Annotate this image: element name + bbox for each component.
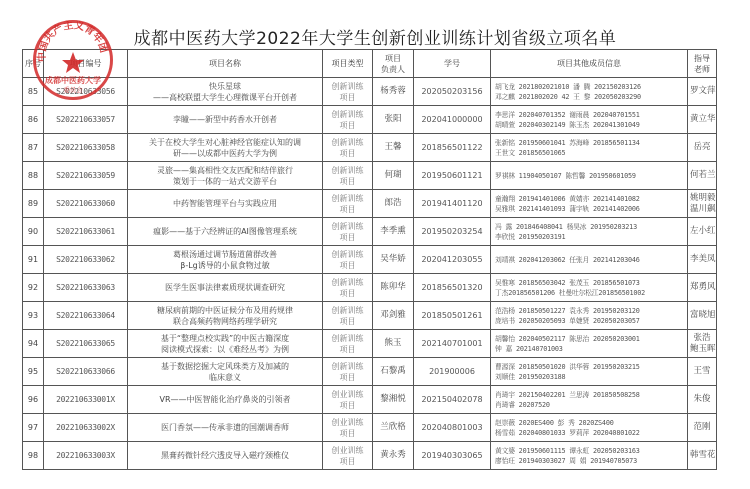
project-name-line: 临床意义 xyxy=(130,372,320,383)
cell-leader: 兰欣格 xyxy=(373,414,414,442)
project-name-line: 医学生医事法律素质现状调查研究 xyxy=(130,282,320,293)
student-id: 201950203254 xyxy=(421,227,482,236)
seq-value: 96 xyxy=(28,395,38,404)
advisor-name-line: 左小红 xyxy=(690,226,714,237)
seq-value: 94 xyxy=(28,339,38,348)
cell-student-id: 202050203156 xyxy=(414,78,491,106)
seq-value: 93 xyxy=(28,311,38,320)
table-row: 90S202210633061瘟影——基于六经辨证的AI图像管理系统创新训练项目… xyxy=(23,218,717,246)
cell-advisor: 姚明毅温川飙 xyxy=(688,190,717,218)
project-code: S202210633059 xyxy=(56,171,115,180)
project-name-line: VR——中医智能化治疗鼻炎的引领者 xyxy=(130,394,320,405)
leader-name: 邓剑雅 xyxy=(380,310,406,320)
cell-seq: 88 xyxy=(23,162,44,190)
cell-code: 202210633003X xyxy=(44,442,128,470)
project-type-line: 项目 xyxy=(325,148,370,159)
cell-student-id: 202040801003 xyxy=(414,414,491,442)
leader-name: 陈卯华 xyxy=(380,282,406,292)
project-type-line: 项目 xyxy=(325,316,370,327)
project-type-line: 项目 xyxy=(325,176,370,187)
member-info-line: 廖怡玨 201940303027 周 娟 201940705073 xyxy=(495,456,685,466)
cell-members: 冯 露 201846408041 杨昊冰 201950203213李欣悦 201… xyxy=(491,218,688,246)
cell-seq: 89 xyxy=(23,190,44,218)
student-id: 201900006 xyxy=(429,367,475,376)
cell-members: 黄文婆 201950601115 谭永虹 202050203163廖怡玨 201… xyxy=(491,442,688,470)
cell-name: VR——中医智能化治疗鼻炎的引领者 xyxy=(128,386,323,414)
cell-code: S202210633063 xyxy=(44,274,128,302)
cell-seq: 92 xyxy=(23,274,44,302)
project-name-line: 葛根汤通过调节肠道菌群改善 xyxy=(130,249,320,260)
header-leader-line2: 负责人 xyxy=(375,64,411,75)
cell-seq: 86 xyxy=(23,106,44,134)
table-row: 91S202210633062葛根汤通过调节肠道菌群改善β-Lg诱导的小鼠食物过… xyxy=(23,246,717,274)
cell-advisor: 张浩鲍玉晖 xyxy=(688,330,717,358)
cell-student-id: 201900006 xyxy=(414,358,491,386)
cell-leader: 张阳 xyxy=(373,106,414,134)
project-type-line: 项目 xyxy=(325,344,370,355)
table-row: 96202210633001XVR——中医智能化治疗鼻炎的引领者创业训练项目黎湘… xyxy=(23,386,717,414)
cell-student-id: 202150402078 xyxy=(414,386,491,414)
cell-type: 创新训练项目 xyxy=(323,330,373,358)
member-info-line: 刘靖祺 202041203062 任张月 202141203046 xyxy=(495,255,685,265)
cell-type: 创新训练项目 xyxy=(323,246,373,274)
cell-student-id: 201950601121 xyxy=(414,162,491,190)
member-info-line: 罗祺林 11904050107 陈哲馨 201950601059 xyxy=(495,171,685,181)
leader-name: 黄永秀 xyxy=(380,450,406,460)
cell-name: 灵旅——集高相性交友匹配和结伴旅行策划于一体的一站式交游平台 xyxy=(128,162,323,190)
cell-leader: 邓剑雅 xyxy=(373,302,414,330)
member-info-line: 胡馨怡 202040502117 陈思治 202050203001 xyxy=(495,334,685,344)
seq-value: 90 xyxy=(28,227,38,236)
seq-value: 86 xyxy=(28,115,38,124)
cell-name: 孪瞳——新型中药香水开创者 xyxy=(128,106,323,134)
member-info-line: 吴雅琪 202141401093 蒲宇轨 202141402006 xyxy=(495,204,685,214)
header-advisor-line1: 指导 xyxy=(690,53,714,64)
header-advisor-line2: 老师 xyxy=(690,64,714,75)
leader-name: 郎浩 xyxy=(384,198,401,208)
cell-seq: 85 xyxy=(23,78,44,106)
project-code: S202210633057 xyxy=(56,115,115,124)
cell-members: 吴惟寒 201856503042 张茂玉 201856501073丁杰20185… xyxy=(491,274,688,302)
project-name-line: 关于在校大学生对心脏神经官能症认知的调 xyxy=(130,137,320,148)
cell-leader: 李季熏 xyxy=(373,218,414,246)
cell-code: S202210633057 xyxy=(44,106,128,134)
cell-name: 基于数据挖掘大定风珠类方及加减的临床意义 xyxy=(128,358,323,386)
table-row: 95S202210633066基于数据挖掘大定风珠类方及加减的临床意义创新训练项… xyxy=(23,358,717,386)
cell-code: S202210633065 xyxy=(44,330,128,358)
cell-type: 创新训练项目 xyxy=(323,302,373,330)
member-info-line: 李思洋 202040701352 谢雨晨 202040701551 xyxy=(495,110,685,120)
cell-student-id: 201850501261 xyxy=(414,302,491,330)
cell-code: 202210633001X xyxy=(44,386,128,414)
cell-name: 黑膏药微针经穴透皮导入磁疗颈椎仪 xyxy=(128,442,323,470)
header-leader: 项目 负责人 xyxy=(373,50,414,78)
advisor-name-line: 张浩 xyxy=(690,333,714,344)
project-type-line: 项目 xyxy=(325,372,370,383)
table-row: 86S202210633057孪瞳——新型中药香水开创者创新训练项目张阳2020… xyxy=(23,106,717,134)
member-info-line: 杨雪茹 202040801033 罗莉萍 202040801022 xyxy=(495,428,685,438)
project-code: 202210633003X xyxy=(56,451,115,460)
student-id: 202040801003 xyxy=(421,423,482,432)
member-info-line: 曹源深 201850501020 洪华蓉 201950203215 xyxy=(495,362,685,372)
cell-seq: 98 xyxy=(23,442,44,470)
project-code: S202210633058 xyxy=(56,143,115,152)
cell-members: 张新铭 201950601041 苏海峰 201856501134王世文 201… xyxy=(491,134,688,162)
member-info-line: 胡晴萱 202040302149 陈玉杰 202041301049 xyxy=(495,120,685,130)
advisor-name-line: 罗文萍 xyxy=(690,86,714,97)
student-id: 201950601121 xyxy=(421,171,482,180)
student-id: 201856501320 xyxy=(421,283,482,292)
cell-code: S202210633058 xyxy=(44,134,128,162)
project-code: S202210633061 xyxy=(56,227,115,236)
cell-seq: 90 xyxy=(23,218,44,246)
project-type-line: 项目 xyxy=(325,400,370,411)
project-name-line: 联合高频药物网络药理学研究 xyxy=(130,316,320,327)
leader-name: 兰欣格 xyxy=(380,422,406,432)
member-info-line: 丁杰201856501206 杜曼吐尔松江201856501002 xyxy=(495,288,685,298)
cell-name: 快乐星球——高校联盟大学生心理微课平台开创者 xyxy=(128,78,323,106)
member-info-line: 庞培书 202050205093 单婕贤 202050203057 xyxy=(495,316,685,326)
project-type-line: 创新训练 xyxy=(325,305,370,316)
cell-advisor: 左小红 xyxy=(688,218,717,246)
seq-value: 98 xyxy=(28,451,38,460)
cell-type: 创新训练项目 xyxy=(323,134,373,162)
leader-name: 何瑚 xyxy=(384,170,401,180)
member-info-line: 邓之麒 2021802020 42 王 黎 202050203290 xyxy=(495,92,685,102)
advisor-name-line: 王雪 xyxy=(690,366,714,377)
project-type-line: 创新训练 xyxy=(325,249,370,260)
cell-leader: 黄永秀 xyxy=(373,442,414,470)
document-title: 成都中医药大学2022年大学生创新创业训练计划省级立项名单 xyxy=(0,24,750,49)
cell-leader: 黎湘悦 xyxy=(373,386,414,414)
project-type-line: 项目 xyxy=(325,288,370,299)
cell-type: 创新训练项目 xyxy=(323,190,373,218)
student-id: 201940303065 xyxy=(421,451,482,460)
project-type-line: 创新训练 xyxy=(325,277,370,288)
cell-type: 创新训练项目 xyxy=(323,106,373,134)
member-info-line: 赵崇薇 2020ES400 彭 秀 2020ZS400 xyxy=(495,418,685,428)
project-type-line: 创业训练 xyxy=(325,445,370,456)
cell-seq: 94 xyxy=(23,330,44,358)
seq-value: 91 xyxy=(28,255,38,264)
cell-seq: 91 xyxy=(23,246,44,274)
advisor-name-line: 朱俊 xyxy=(690,394,714,405)
project-type-line: 创业训练 xyxy=(325,417,370,428)
advisor-name-line: 温川飙 xyxy=(690,204,714,215)
cell-code: S202210633064 xyxy=(44,302,128,330)
cell-code: S202210633062 xyxy=(44,246,128,274)
cell-student-id: 202140701001 xyxy=(414,330,491,358)
project-type-line: 项目 xyxy=(325,456,370,467)
cell-type: 创新训练项目 xyxy=(323,358,373,386)
project-type-line: 创新训练 xyxy=(325,165,370,176)
advisor-name-line: 黄立华 xyxy=(690,114,714,125)
member-info-line: 童瀚翔 201941401006 黄婧亦 202141401082 xyxy=(495,194,685,204)
project-name-line: 瘟影——基于六经辨证的AI图像管理系统 xyxy=(130,226,320,237)
cell-name: 医学生医事法律素质现状调查研究 xyxy=(128,274,323,302)
leader-name: 石黎禹 xyxy=(380,366,406,376)
cell-student-id: 201940303065 xyxy=(414,442,491,470)
header-leader-line1: 项目 xyxy=(375,53,411,64)
project-type-line: 创新训练 xyxy=(325,333,370,344)
advisor-name-line: 范刚 xyxy=(690,422,714,433)
project-type-line: 创新训练 xyxy=(325,137,370,148)
student-id: 201941401120 xyxy=(421,199,482,208)
cell-advisor: 韩雪花 xyxy=(688,442,717,470)
project-type-line: 项目 xyxy=(325,260,370,271)
project-name-line: 糖尿病前期的中医证候分布及用药规律 xyxy=(130,305,320,316)
project-code: 202210633002X xyxy=(56,423,115,432)
member-info-line: 肖琦睿 20207520 xyxy=(495,400,685,410)
header-name: 项目名称 xyxy=(128,50,323,78)
cell-leader: 王馨 xyxy=(373,134,414,162)
leader-name: 王馨 xyxy=(384,142,401,152)
header-student-id: 学号 xyxy=(414,50,491,78)
cell-name: 中药智能管理平台与实践应用 xyxy=(128,190,323,218)
project-type-line: 项目 xyxy=(325,428,370,439)
project-name-line: 研——以成都中医药大学为例 xyxy=(130,148,320,159)
cell-seq: 87 xyxy=(23,134,44,162)
cell-advisor: 郑勇风 xyxy=(688,274,717,302)
leader-name: 张阳 xyxy=(384,114,401,124)
member-info-line: 肖琦宇 202150402201 兰思涛 201850508258 xyxy=(495,390,685,400)
project-code: S202210633060 xyxy=(56,199,115,208)
cell-leader: 杨秀蓉 xyxy=(373,78,414,106)
cell-members: 李思洋 202040701352 谢雨晨 202040701551胡晴萱 202… xyxy=(491,106,688,134)
project-type-line: 创新训练 xyxy=(325,193,370,204)
table-row: 93S202210633064糖尿病前期的中医证候分布及用药规律联合高频药物网络… xyxy=(23,302,717,330)
leader-name: 黎湘悦 xyxy=(380,394,406,404)
seq-value: 88 xyxy=(28,171,38,180)
leader-name: 杨秀蓉 xyxy=(380,86,406,96)
table-row: 97202210633002X医门香氛——传承非遗的国潮调香师创业训练项目兰欣格… xyxy=(23,414,717,442)
cell-members: 肖琦宇 202150402201 兰思涛 201850508258肖琦睿 202… xyxy=(491,386,688,414)
member-info-line: 黄文婆 201950601115 谭永虹 202050203163 xyxy=(495,446,685,456)
cell-type: 创业训练项目 xyxy=(323,386,373,414)
project-code: S202210633062 xyxy=(56,255,115,264)
advisor-name-line: 鲍玉晖 xyxy=(690,344,714,355)
table-row: 85S202210633056快乐星球——高校联盟大学生心理微课平台开创者创新训… xyxy=(23,78,717,106)
cell-name: 关于在校大学生对心脏神经官能症认知的调研——以成都中医药大学为例 xyxy=(128,134,323,162)
cell-name: 瘟影——基于六经辨证的AI图像管理系统 xyxy=(128,218,323,246)
member-info-line: 胡飞龙 2021802021010 潘 腾 202150203126 xyxy=(495,82,685,92)
project-name-line: 策划于一体的一站式交游平台 xyxy=(130,176,320,187)
header-code: 项目编号 xyxy=(44,50,128,78)
member-info-line: 钟 嘉 202140701003 xyxy=(495,344,685,354)
cell-type: 创新训练项目 xyxy=(323,218,373,246)
advisor-name-line: 富晓旭 xyxy=(690,310,714,321)
cell-type: 创业训练项目 xyxy=(323,442,373,470)
member-info-line: 王世文 201856501065 xyxy=(495,148,685,158)
project-name-line: β-Lg诱导的小鼠食物过敏 xyxy=(130,260,320,271)
project-type-line: 项目 xyxy=(325,232,370,243)
project-type-line: 项目 xyxy=(325,120,370,131)
project-code: S202210633065 xyxy=(56,339,115,348)
cell-advisor: 岳亮 xyxy=(688,134,717,162)
project-name-line: 医门香氛——传承非遗的国潮调香师 xyxy=(130,422,320,433)
cell-advisor: 何若兰 xyxy=(688,162,717,190)
table-row: 98202210633003X黑膏药微针经穴透皮导入磁疗颈椎仪创业训练项目黄永秀… xyxy=(23,442,717,470)
table-row: 87S202210633058关于在校大学生对心脏神经官能症认知的调研——以成都… xyxy=(23,134,717,162)
member-info-line: 李欣悦 201950203191 xyxy=(495,232,685,242)
header-type: 项目类型 xyxy=(323,50,373,78)
project-code: S202210633056 xyxy=(56,87,115,96)
cell-members: 曹源深 201850501020 洪华蓉 201950203215刘顺佳 201… xyxy=(491,358,688,386)
cell-code: S202210633061 xyxy=(44,218,128,246)
cell-leader: 石黎禹 xyxy=(373,358,414,386)
header-members: 项目其他成员信息 xyxy=(491,50,688,78)
cell-members: 童瀚翔 201941401006 黄婧亦 202141401082吴雅琪 202… xyxy=(491,190,688,218)
project-name-line: 黑膏药微针经穴透皮导入磁疗颈椎仪 xyxy=(130,450,320,461)
table-row: 94S202210633065基于“整理点校实践”的中医古籍深度阅读模式探索：以… xyxy=(23,330,717,358)
cell-code: S202210633059 xyxy=(44,162,128,190)
cell-name: 医门香氛——传承非遗的国潮调香师 xyxy=(128,414,323,442)
cell-members: 胡馨怡 202040502117 陈思治 202050203001钟 嘉 202… xyxy=(491,330,688,358)
seq-value: 89 xyxy=(28,199,38,208)
project-code: S202210633063 xyxy=(56,283,115,292)
cell-code: 202210633002X xyxy=(44,414,128,442)
header-seq: 序号 xyxy=(23,50,44,78)
project-type-line: 项目 xyxy=(325,204,370,215)
project-name-line: 中药智能管理平台与实践应用 xyxy=(130,198,320,209)
student-id: 202140701001 xyxy=(421,339,482,348)
cell-seq: 96 xyxy=(23,386,44,414)
table-row: 92S202210633063医学生医事法律素质现状调查研究创新训练项目陈卯华2… xyxy=(23,274,717,302)
leader-name: 熊玉 xyxy=(384,338,401,348)
project-name-line: 灵旅——集高相性交友匹配和结伴旅行 xyxy=(130,165,320,176)
project-name-line: 基于“整理点校实践”的中医古籍深度 xyxy=(130,333,320,344)
project-code: S202210633066 xyxy=(56,367,115,376)
project-name-line: 阅读模式探索：以《难经丛考》为例 xyxy=(130,344,320,355)
member-info-line: 刘顺佳 201950203188 xyxy=(495,372,685,382)
cell-type: 创新训练项目 xyxy=(323,78,373,106)
cell-members: 罗祺林 11904050107 陈哲馨 201950601059 xyxy=(491,162,688,190)
cell-advisor: 罗文萍 xyxy=(688,78,717,106)
cell-code: S202210633056 xyxy=(44,78,128,106)
member-info-line: 张新铭 201950601041 苏海峰 201856501134 xyxy=(495,138,685,148)
cell-advisor: 范刚 xyxy=(688,414,717,442)
project-name-line: 基于数据挖掘大定风珠类方及加减的 xyxy=(130,361,320,372)
cell-student-id: 201950203254 xyxy=(414,218,491,246)
cell-name: 糖尿病前期的中医证候分布及用药规律联合高频药物网络药理学研究 xyxy=(128,302,323,330)
project-type-line: 项目 xyxy=(325,92,370,103)
cell-student-id: 202041203055 xyxy=(414,246,491,274)
student-id: 202050203156 xyxy=(421,87,482,96)
project-type-line: 创新训练 xyxy=(325,81,370,92)
cell-leader: 郎浩 xyxy=(373,190,414,218)
project-name-line: ——高校联盟大学生心理微课平台开创者 xyxy=(130,92,320,103)
cell-type: 创新训练项目 xyxy=(323,162,373,190)
cell-student-id: 201856501320 xyxy=(414,274,491,302)
leader-name: 吴华娇 xyxy=(380,254,406,264)
project-list-table: 序号 项目编号 项目名称 项目类型 项目 负责人 学号 项目其他成员信息 指导 … xyxy=(22,49,717,470)
cell-leader: 陈卯华 xyxy=(373,274,414,302)
cell-student-id: 201856501122 xyxy=(414,134,491,162)
cell-advisor: 富晓旭 xyxy=(688,302,717,330)
advisor-name-line: 何若兰 xyxy=(690,170,714,181)
cell-advisor: 朱俊 xyxy=(688,386,717,414)
cell-seq: 93 xyxy=(23,302,44,330)
project-type-line: 创新训练 xyxy=(325,109,370,120)
project-type-line: 创业训练 xyxy=(325,389,370,400)
cell-members: 刘靖祺 202041203062 任张月 202141203046 xyxy=(491,246,688,274)
cell-advisor: 李美凤 xyxy=(688,246,717,274)
table-header-row: 序号 项目编号 项目名称 项目类型 项目 负责人 学号 项目其他成员信息 指导 … xyxy=(23,50,717,78)
advisor-name-line: 岳亮 xyxy=(690,142,714,153)
leader-name: 李季熏 xyxy=(380,226,406,236)
table-row: 89S202210633060中药智能管理平台与实践应用创新训练项目郎浩2019… xyxy=(23,190,717,218)
cell-seq: 95 xyxy=(23,358,44,386)
member-info-line: 吴惟寒 201856503042 张茂玉 201856501073 xyxy=(495,278,685,288)
cell-members: 胡飞龙 2021802021010 潘 腾 202150203126邓之麒 20… xyxy=(491,78,688,106)
cell-advisor: 王雪 xyxy=(688,358,717,386)
cell-advisor: 黄立华 xyxy=(688,106,717,134)
student-id: 201850501261 xyxy=(421,311,482,320)
table-body: 85S202210633056快乐星球——高校联盟大学生心理微课平台开创者创新训… xyxy=(23,78,717,470)
project-name-line: 孪瞳——新型中药香水开创者 xyxy=(130,114,320,125)
cell-name: 基于“整理点校实践”的中医古籍深度阅读模式探索：以《难经丛考》为例 xyxy=(128,330,323,358)
cell-seq: 97 xyxy=(23,414,44,442)
seq-value: 92 xyxy=(28,283,38,292)
seq-value: 97 xyxy=(28,423,38,432)
student-id: 202041203055 xyxy=(421,255,482,264)
cell-members: 范浩杨 201850501227 袁永秀 201950203120庞培书 202… xyxy=(491,302,688,330)
student-id: 202150402078 xyxy=(421,395,482,404)
advisor-name-line: 李美凤 xyxy=(690,254,714,265)
advisor-name-line: 韩雪花 xyxy=(690,450,714,461)
project-type-line: 创新训练 xyxy=(325,361,370,372)
cell-code: S202210633060 xyxy=(44,190,128,218)
table-row: 88S202210633059灵旅——集高相性交友匹配和结伴旅行策划于一体的一站… xyxy=(23,162,717,190)
cell-leader: 吴华娇 xyxy=(373,246,414,274)
cell-code: S202210633066 xyxy=(44,358,128,386)
member-info-line: 范浩杨 201850501227 袁永秀 201950203120 xyxy=(495,306,685,316)
project-code: 202210633001X xyxy=(56,395,115,404)
advisor-name-line: 姚明毅 xyxy=(690,193,714,204)
cell-student-id: 201941401120 xyxy=(414,190,491,218)
cell-type: 创业训练项目 xyxy=(323,414,373,442)
student-id: 201856501122 xyxy=(421,143,482,152)
cell-members: 赵崇薇 2020ES400 彭 秀 2020ZS400杨雪茹 202040801… xyxy=(491,414,688,442)
cell-leader: 熊玉 xyxy=(373,330,414,358)
seq-value: 95 xyxy=(28,367,38,376)
project-name-line: 快乐星球 xyxy=(130,81,320,92)
seq-value: 85 xyxy=(28,87,38,96)
seq-value: 87 xyxy=(28,143,38,152)
cell-type: 创新训练项目 xyxy=(323,274,373,302)
cell-leader: 何瑚 xyxy=(373,162,414,190)
student-id: 202041000000 xyxy=(421,115,482,124)
project-type-line: 创新训练 xyxy=(325,221,370,232)
cell-name: 葛根汤通过调节肠道菌群改善β-Lg诱导的小鼠食物过敏 xyxy=(128,246,323,274)
project-code: S202210633064 xyxy=(56,311,115,320)
header-advisor: 指导 老师 xyxy=(688,50,717,78)
cell-student-id: 202041000000 xyxy=(414,106,491,134)
member-info-line: 冯 露 201846408041 杨昊冰 201950203213 xyxy=(495,222,685,232)
advisor-name-line: 郑勇风 xyxy=(690,282,714,293)
